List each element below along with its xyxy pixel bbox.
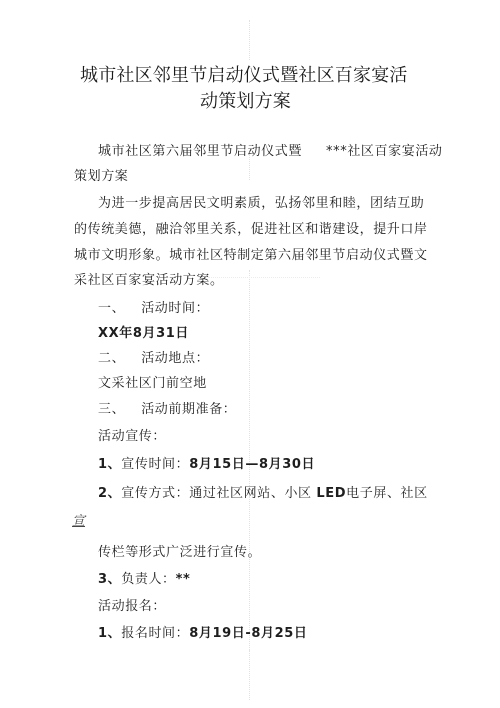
item-label: 负责人： bbox=[121, 572, 175, 587]
publicity-item-method-continuation: 传栏等形式广泛进行宣传。 bbox=[98, 546, 261, 559]
publicity-heading: 活动宣传： bbox=[98, 430, 166, 443]
section-number: 二、 bbox=[98, 351, 125, 366]
intro-paragraph-line: 的传统美德，融洽邻里关系，促进社区和谐建设，提升口岸 bbox=[74, 223, 428, 236]
faint-dotted-artifact bbox=[208, 277, 320, 278]
item-number: 3、 bbox=[98, 572, 121, 587]
section-number: 一、 bbox=[98, 301, 125, 316]
faint-guide-line bbox=[249, 650, 250, 700]
item-label: 报名时间： bbox=[121, 626, 189, 641]
stray-character: 宣 bbox=[72, 515, 85, 528]
intro-paragraph-line: 为进一步提高居民文明素质，弘扬邻里和睦，团结互助 bbox=[98, 197, 424, 210]
intro-paragraph-line: 城市文明形象。城市社区特制定第六届邻里节启动仪式暨文 bbox=[74, 249, 428, 262]
item-value: 8月15日—8月30日 bbox=[189, 457, 315, 472]
item-text: 宣传方式：通过社区网站、小区 bbox=[121, 486, 316, 501]
item-number: 1、 bbox=[98, 626, 121, 641]
item-number: 2、 bbox=[98, 486, 121, 501]
faint-guide-line bbox=[249, 20, 250, 60]
publicity-item-time: 1、宣传时间：8月15日—8月30日 bbox=[98, 458, 315, 471]
subtitle-part-1: 城市社区第六届邻里节启动仪式暨 bbox=[98, 144, 302, 159]
section-heading-location: 二、活动地点： bbox=[98, 352, 209, 365]
section-heading-preparation: 三、活动前期准备： bbox=[98, 403, 236, 416]
item-value: 8月19日-8月25日 bbox=[189, 626, 307, 641]
publicity-item-responsible: 3、负责人：** bbox=[98, 573, 190, 586]
event-location: 文采社区门前空地 bbox=[98, 377, 207, 390]
led-text: LED bbox=[316, 486, 346, 501]
item-label: 宣传时间： bbox=[121, 457, 189, 472]
item-text: 电子屏、社区 bbox=[346, 486, 428, 501]
document-title-line-2: 动策划方案 bbox=[200, 93, 291, 111]
item-number: 1、 bbox=[98, 457, 121, 472]
subtitle-part-2: ***社区百家宴活动 bbox=[326, 144, 443, 159]
section-label: 活动前期准备： bbox=[141, 402, 236, 417]
event-date: XX年8月31日 bbox=[98, 327, 189, 340]
section-label: 活动时间： bbox=[141, 301, 209, 316]
document-page: 城市社区邻里节启动仪式暨社区百家宴活 动策划方案 城市社区第六届邻里节启动仪式暨… bbox=[0, 0, 500, 708]
intro-paragraph-line: 采社区百家宴活动方案。 bbox=[74, 274, 224, 287]
registration-item-time: 1、报名时间：8月19日-8月25日 bbox=[98, 627, 308, 640]
document-title-line-1: 城市社区邻里节启动仪式暨社区百家宴活 bbox=[80, 67, 408, 85]
subtitle-line: 城市社区第六届邻里节启动仪式暨***社区百家宴活动 bbox=[98, 145, 443, 158]
item-value: ** bbox=[176, 572, 191, 587]
registration-heading: 活动报名： bbox=[98, 600, 166, 613]
section-label: 活动地点： bbox=[141, 351, 209, 366]
publicity-item-method: 2、宣传方式：通过社区网站、小区 LED电子屏、社区 bbox=[98, 487, 428, 500]
subtitle-continuation: 策划方案 bbox=[74, 170, 128, 183]
section-number: 三、 bbox=[98, 402, 125, 417]
section-heading-time: 一、活动时间： bbox=[98, 302, 209, 315]
